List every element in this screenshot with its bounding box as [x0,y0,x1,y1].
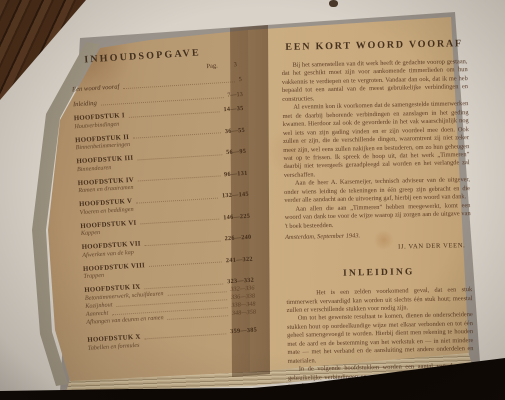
toc-pages: 348—358 [232,309,256,317]
toc-label: Trappen [83,272,104,280]
pag-label: Pag. [206,62,218,70]
dot-leader [101,94,224,105]
toc-pages: 36—55 [225,126,245,134]
toc-pages: 5 [238,76,242,83]
introduction-paragraph: Het is een zelden voorkomend geval, dat … [286,286,472,315]
dot-leader [123,78,235,89]
introduction-paragraph: Om tot het gewenste resultaat te komen, … [287,311,474,366]
foreword-paragraph: Aan allen die aan „Timmeren” hebben meeg… [284,202,470,231]
introduction-title: INLEIDING [286,266,472,280]
foreword-paragraph: Al evenmin kon ik voorkomen dat de samen… [282,100,470,180]
dot-leader [167,312,228,320]
place-date: Amsterdam, September 1943. [285,230,471,241]
foreword-paragraph: Bij het samenstellen van dit werk heeft … [281,58,468,104]
author-signature: IJ. VAN DER VEEN. [285,242,465,253]
toc-label: Aanrecht [86,310,109,318]
foreword-and-introduction: EEN KORT WOORD VOORAF Bij het samenstell… [281,38,474,391]
toc-pages: 96—131 [224,169,248,177]
toc-label: Inleiding [73,100,97,108]
toc-line: Een woord vooraf5 [72,76,242,93]
toc-label: Een woord vooraf [72,83,120,93]
toc-pages: 14—35 [223,105,243,113]
debris-speck [329,0,338,7]
toc-label: Kappen [81,229,101,237]
book-photo: INHOUDSOPGAVE Pag. 3 Een woord vooraf5 I… [0,0,505,400]
table-of-contents: INHOUDSOPGAVE Pag. 3 Een woord vooraf5 I… [60,45,258,352]
toc-label: Binnendeuren [77,164,112,173]
folio-number: 3 [233,61,237,68]
foreword-paragraph: Aan de heer A. Karsemeijer, technisch ad… [284,176,470,205]
toc-pages: 7—13 [227,91,243,99]
toc-pages: 56—95 [226,148,246,156]
toc-label: Houtverbindingen [74,120,119,130]
